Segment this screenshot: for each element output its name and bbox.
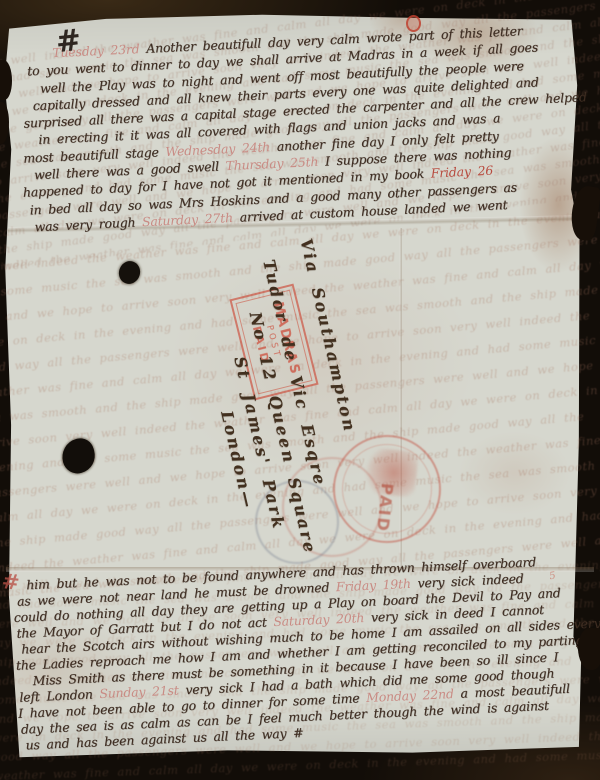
text-segment: Friday 26 bbox=[430, 163, 493, 181]
text-segment: Saturday 27th bbox=[142, 210, 240, 230]
letter-scan: very well indeed the weather was fine an… bbox=[0, 0, 600, 780]
torn-edge-notch bbox=[578, 628, 600, 670]
text-segment: was very rough bbox=[34, 214, 142, 234]
red-seal-dot bbox=[406, 15, 421, 32]
bottom-cross-writing: him but he was not to be found anywhere … bbox=[12, 552, 597, 754]
top-cross-writing: Tuesday 23rd Another beautifull day very… bbox=[16, 19, 596, 236]
hash-mark-bottom-left: # bbox=[1, 568, 21, 595]
hash-mark-top: # bbox=[54, 23, 83, 60]
